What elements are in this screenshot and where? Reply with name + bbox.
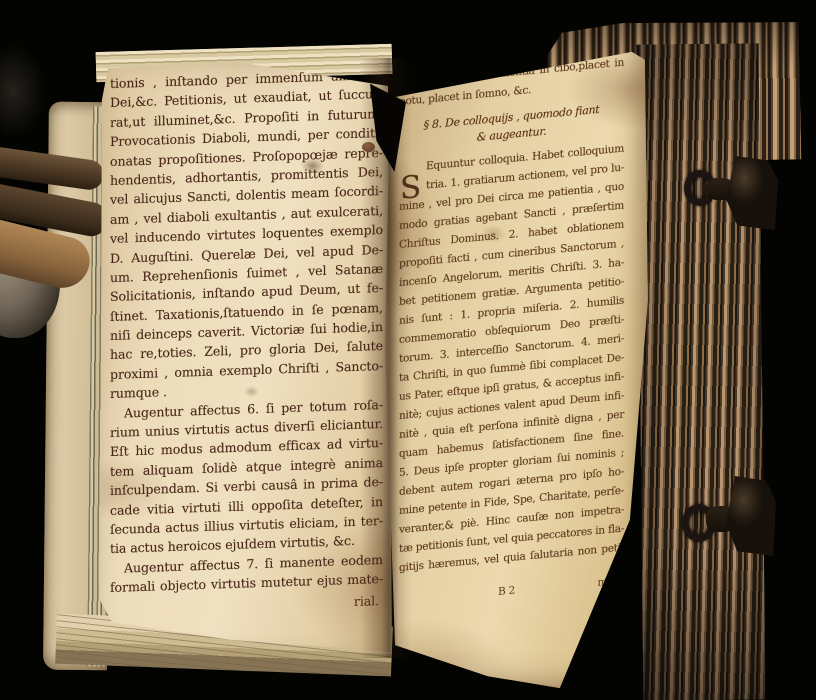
clasp-lower: [678, 470, 778, 562]
drop-cap: S: [400, 170, 421, 206]
headband-knot: [362, 142, 375, 152]
page-stack-fore-edge: [637, 43, 766, 700]
right-page: S riale,ut, placet abſtinentia in cibo,p…: [377, 36, 654, 696]
page-footer: B 2 mus,: [399, 572, 624, 610]
clasp-plate: [726, 476, 776, 556]
clasp-plate: [726, 156, 778, 230]
left-page-text: tionis , inſtando per immenſum amoremDei…: [110, 65, 383, 619]
shadow-blob: [0, 44, 46, 138]
left-page: tionis , inſtando per immenſum amoremDei…: [90, 50, 395, 660]
signature-mark: B 2: [498, 581, 515, 601]
clasp-upper: [680, 152, 780, 242]
book-photo: tionis , inſtando per immenſum amoremDei…: [0, 0, 816, 700]
right-page-text: S riale,ut, placet abſtinentia in cibo,p…: [399, 54, 624, 610]
catchword: mus,: [598, 572, 622, 592]
